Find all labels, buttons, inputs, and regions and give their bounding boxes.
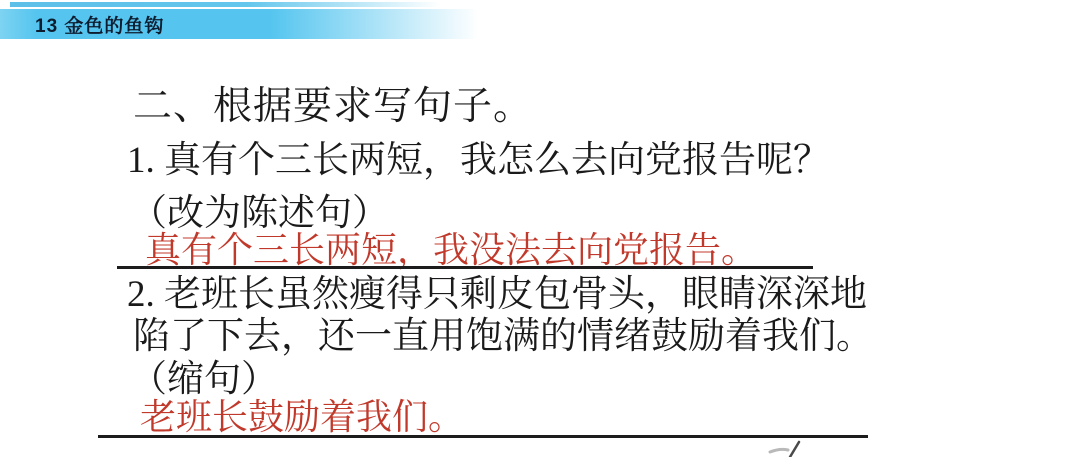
lesson-header-bar: 13 金色的鱼钩 bbox=[0, 9, 520, 39]
section-heading: 二、根据要求写句子。 bbox=[133, 86, 533, 128]
lesson-slide: 13 金色的鱼钩 二、根据要求写句子。 1. 真有个三长两短，我怎么去向党报告呢… bbox=[0, 0, 1080, 457]
question-2-text-line-2: 陷了下去，还一直用饱满的情绪鼓励着我们。 bbox=[133, 317, 873, 357]
answer-1-underline bbox=[117, 266, 813, 269]
question-2-text-line-1: 2. 老班长虽然瘦得只剩皮包骨头，眼睛深深地 bbox=[127, 275, 867, 315]
question-1-text: 1. 真有个三长两短，我怎么去向党报告呢？ bbox=[127, 141, 830, 181]
question-2-instruction: （缩句） bbox=[130, 360, 278, 400]
pen-mark bbox=[762, 438, 807, 457]
question-2-answer: 老班长鼓励着我们。 bbox=[140, 398, 464, 437]
lesson-title: 13 金色的鱼钩 bbox=[35, 11, 164, 38]
answer-2-underline bbox=[98, 435, 868, 438]
question-1-answer: 真有个三长两短，我没法去向党报告。 bbox=[145, 231, 757, 270]
header-accent-stripe bbox=[10, 2, 440, 7]
question-1-instruction: （改为陈述句） bbox=[130, 194, 389, 234]
